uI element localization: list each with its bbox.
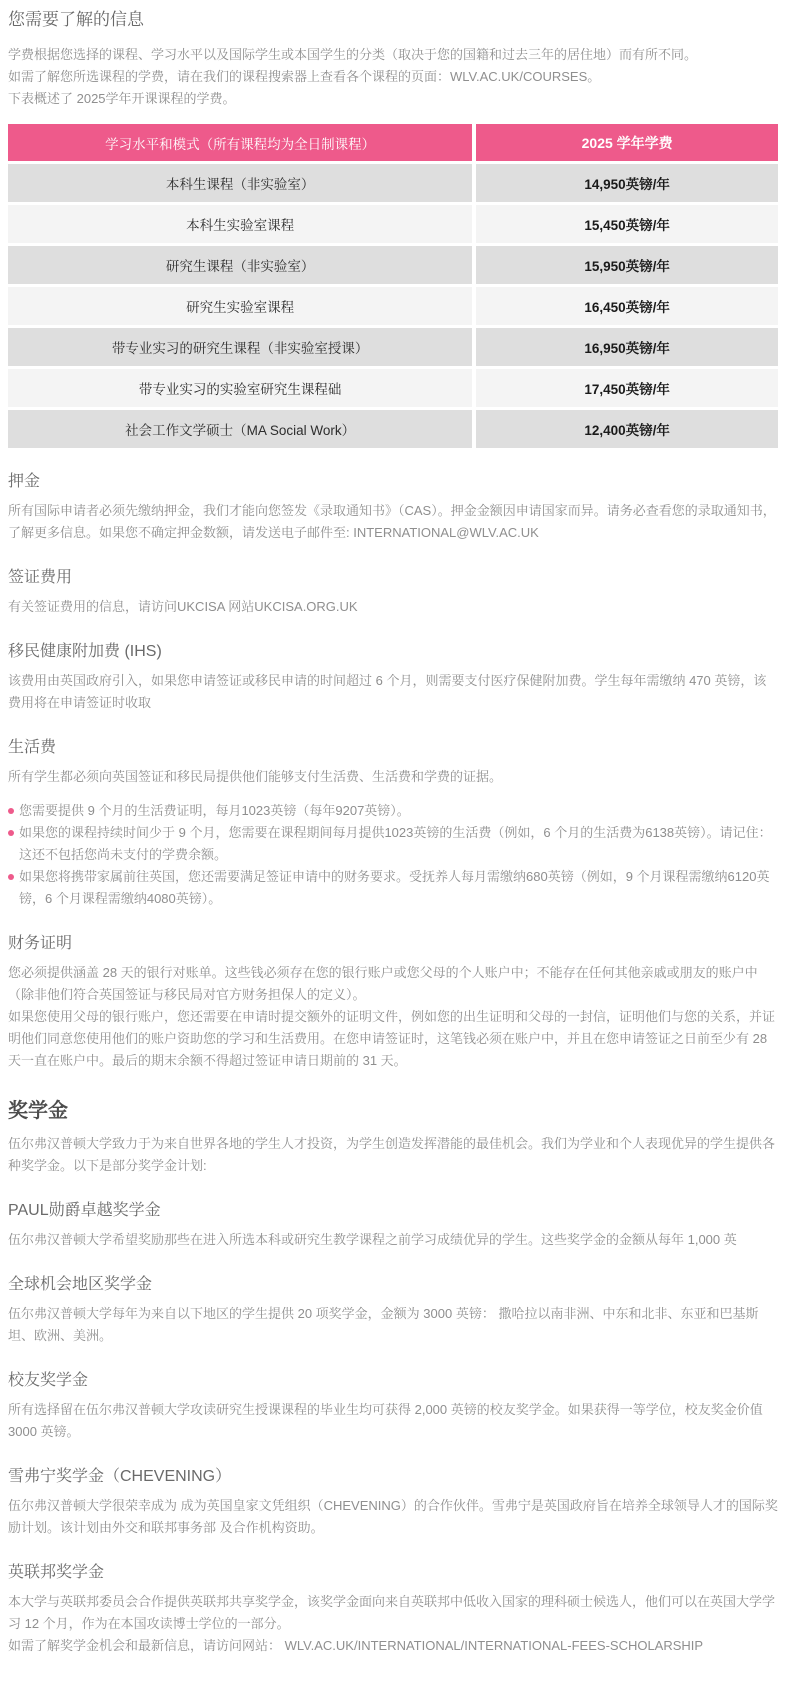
section-body-alumni: 所有选择留在伍尔弗汉普顿大学攻读研究生授课课程的毕业生均可获得 2,000 英镑… — [8, 1399, 778, 1443]
table-cell-course: 带专业实习的实验室研究生课程础 — [8, 369, 472, 407]
section-heading-visa-fees: 签证费用 — [8, 567, 778, 588]
table-cell-fee: 15,450英镑/年 — [476, 205, 778, 243]
fees-table: 学习水平和模式（所有课程均为全日制课程） 2025 学年学费 本科生课程（非实验… — [8, 124, 778, 448]
table-cell-fee: 15,950英镑/年 — [476, 246, 778, 284]
financial-proof-para-1: 您必须提供涵盖 28 天的银行对账单。这些钱必须存在您的银行账户或您父母的个人账… — [8, 962, 778, 1006]
section-heading-commonwealth: 英联邦奖学金 — [8, 1562, 778, 1583]
table-cell-course: 研究生实验室课程 — [8, 287, 472, 325]
section-body-lord-paul: 伍尔弗汉普顿大学希望奖励那些在进入所选本科或研究生教学课程之前学习成绩优异的学生… — [8, 1229, 778, 1251]
section-deposit: 押金 所有国际申请者必须先缴纳押金，我们才能向您签发《录取通知书》（CAS）。押… — [8, 471, 778, 544]
bullet-icon — [8, 808, 14, 814]
section-heading-chevening: 雪弗宁奖学金（CHEVENING） — [8, 1466, 778, 1487]
section-body-living-costs: 所有学生都必须向英国签证和移民局提供他们能够支付生活费、生活费和学费的证据。 — [8, 766, 778, 788]
section-heading-alumni: 校友奖学金 — [8, 1370, 778, 1391]
scholarships-intro: 伍尔弗汉普顿大学致力于为来自世界各地的学生人才投资，为学生创造发挥潜能的最佳机会… — [8, 1133, 778, 1177]
section-heading-global-opportunities: 全球机会地区奖学金 — [8, 1274, 778, 1295]
page-title: 您需要了解的信息 — [8, 8, 778, 32]
financial-proof-para-2: 如果您使用父母的银行账户，您还需要在申请时提交额外的证明文件，例如您的出生证明和… — [8, 1006, 778, 1072]
bullet-text: 您需要提供 9 个月的生活费证明，每月1023英镑（每年9207英镑）。 — [19, 803, 410, 818]
fees-table-header-level: 学习水平和模式（所有课程均为全日制课程） — [8, 124, 472, 161]
table-cell-fee: 16,450英镑/年 — [476, 287, 778, 325]
table-cell-fee: 14,950英镑/年 — [476, 164, 778, 202]
section-body-commonwealth: 本大学与英联邦委员会合作提供英联邦共享奖学金，该奖学金面向来自英联邦中低收入国家… — [8, 1591, 778, 1635]
intro-line-2: 如需了解您所选课程的学费，请在我们的课程搜索器上查看各个课程的页面：WLV.AC… — [8, 66, 778, 88]
table-cell-course: 带专业实习的研究生课程（非实验室授课） — [8, 328, 472, 366]
section-heading-living-costs: 生活费 — [8, 737, 778, 758]
section-ihs: 移民健康附加费 (IHS) 该费用由英国政府引入，如果您申请签证或移民申请的时间… — [8, 641, 778, 714]
section-body-deposit: 所有国际申请者必须先缴纳押金，我们才能向您签发《录取通知书》（CAS）。押金金额… — [8, 500, 778, 544]
bullet-text: 如果您的课程持续时间少于 9 个月，您需要在课程期间每月提供1023英镑的生活费… — [19, 825, 772, 862]
section-body-visa-fees: 有关签证费用的信息，请访问UKCISA 网站UKCISA.ORG.UK — [8, 596, 778, 618]
section-heading-financial-proof: 财务证明 — [8, 933, 778, 954]
section-heading-scholarships: 奖学金 — [8, 1098, 778, 1124]
section-heading-ihs: 移民健康附加费 (IHS) — [8, 641, 778, 662]
table-cell-course: 本科生实验室课程 — [8, 205, 472, 243]
section-scholarships: 奖学金 伍尔弗汉普顿大学致力于为来自世界各地的学生人才投资，为学生创造发挥潜能的… — [8, 1098, 778, 1657]
table-cell-course: 社会工作文学硕士（MA Social Work） — [8, 410, 472, 448]
intro-line-1: 学费根据您选择的课程、学习水平以及国际学生或本国学生的分类（取决于您的国籍和过去… — [8, 44, 778, 66]
section-financial-proof: 财务证明 您必须提供涵盖 28 天的银行对账单。这些钱必须存在您的银行账户或您父… — [8, 933, 778, 1072]
section-body-ihs: 该费用由英国政府引入，如果您申请签证或移民申请的时间超过 6 个月，则需要支付医… — [8, 670, 778, 714]
section-body-chevening: 伍尔弗汉普顿大学很荣幸成为 成为英国皇家文凭组织（CHEVENING）的合作伙伴… — [8, 1495, 778, 1539]
scholarships-footer-note: 如需了解奖学金机会和最新信息，请访问网站： WLV.AC.UK/INTERNAT… — [8, 1635, 778, 1657]
intro-line-3: 下表概述了 2025学年开课课程的学费。 — [8, 88, 778, 110]
table-cell-fee: 16,950英镑/年 — [476, 328, 778, 366]
bullet-icon — [8, 830, 14, 836]
table-cell-course: 本科生课程（非实验室） — [8, 164, 472, 202]
table-cell-course: 研究生课程（非实验室） — [8, 246, 472, 284]
fees-table-header-fee: 2025 学年学费 — [476, 124, 778, 161]
table-cell-fee: 17,450英镑/年 — [476, 369, 778, 407]
section-visa-fees: 签证费用 有关签证费用的信息，请访问UKCISA 网站UKCISA.ORG.UK — [8, 567, 778, 618]
bullet-icon — [8, 874, 14, 880]
table-cell-fee: 12,400英镑/年 — [476, 410, 778, 448]
section-living-costs: 生活费 所有学生都必须向英国签证和移民局提供他们能够支付生活费、生活费和学费的证… — [8, 737, 778, 910]
section-body-global-opportunities: 伍尔弗汉普顿大学每年为来自以下地区的学生提供 20 项奖学金，金额为 3000 … — [8, 1303, 778, 1347]
list-item: 如果您将携带家属前往英国，您还需要满足签证申请中的财务要求。受抚养人每月需缴纳6… — [8, 866, 778, 910]
intro-paragraph: 学费根据您选择的课程、学习水平以及国际学生或本国学生的分类（取决于您的国籍和过去… — [8, 44, 778, 110]
section-heading-lord-paul: PAUL勋爵卓越奖学金 — [8, 1200, 778, 1221]
list-item: 您需要提供 9 个月的生活费证明，每月1023英镑（每年9207英镑）。 — [8, 800, 778, 822]
section-heading-deposit: 押金 — [8, 471, 778, 492]
bullet-text: 如果您将携带家属前往英国，您还需要满足签证申请中的财务要求。受抚养人每月需缴纳6… — [19, 869, 769, 906]
living-costs-bullet-list: 您需要提供 9 个月的生活费证明，每月1023英镑（每年9207英镑）。 如果您… — [8, 800, 778, 910]
list-item: 如果您的课程持续时间少于 9 个月，您需要在课程期间每月提供1023英镑的生活费… — [8, 822, 778, 866]
